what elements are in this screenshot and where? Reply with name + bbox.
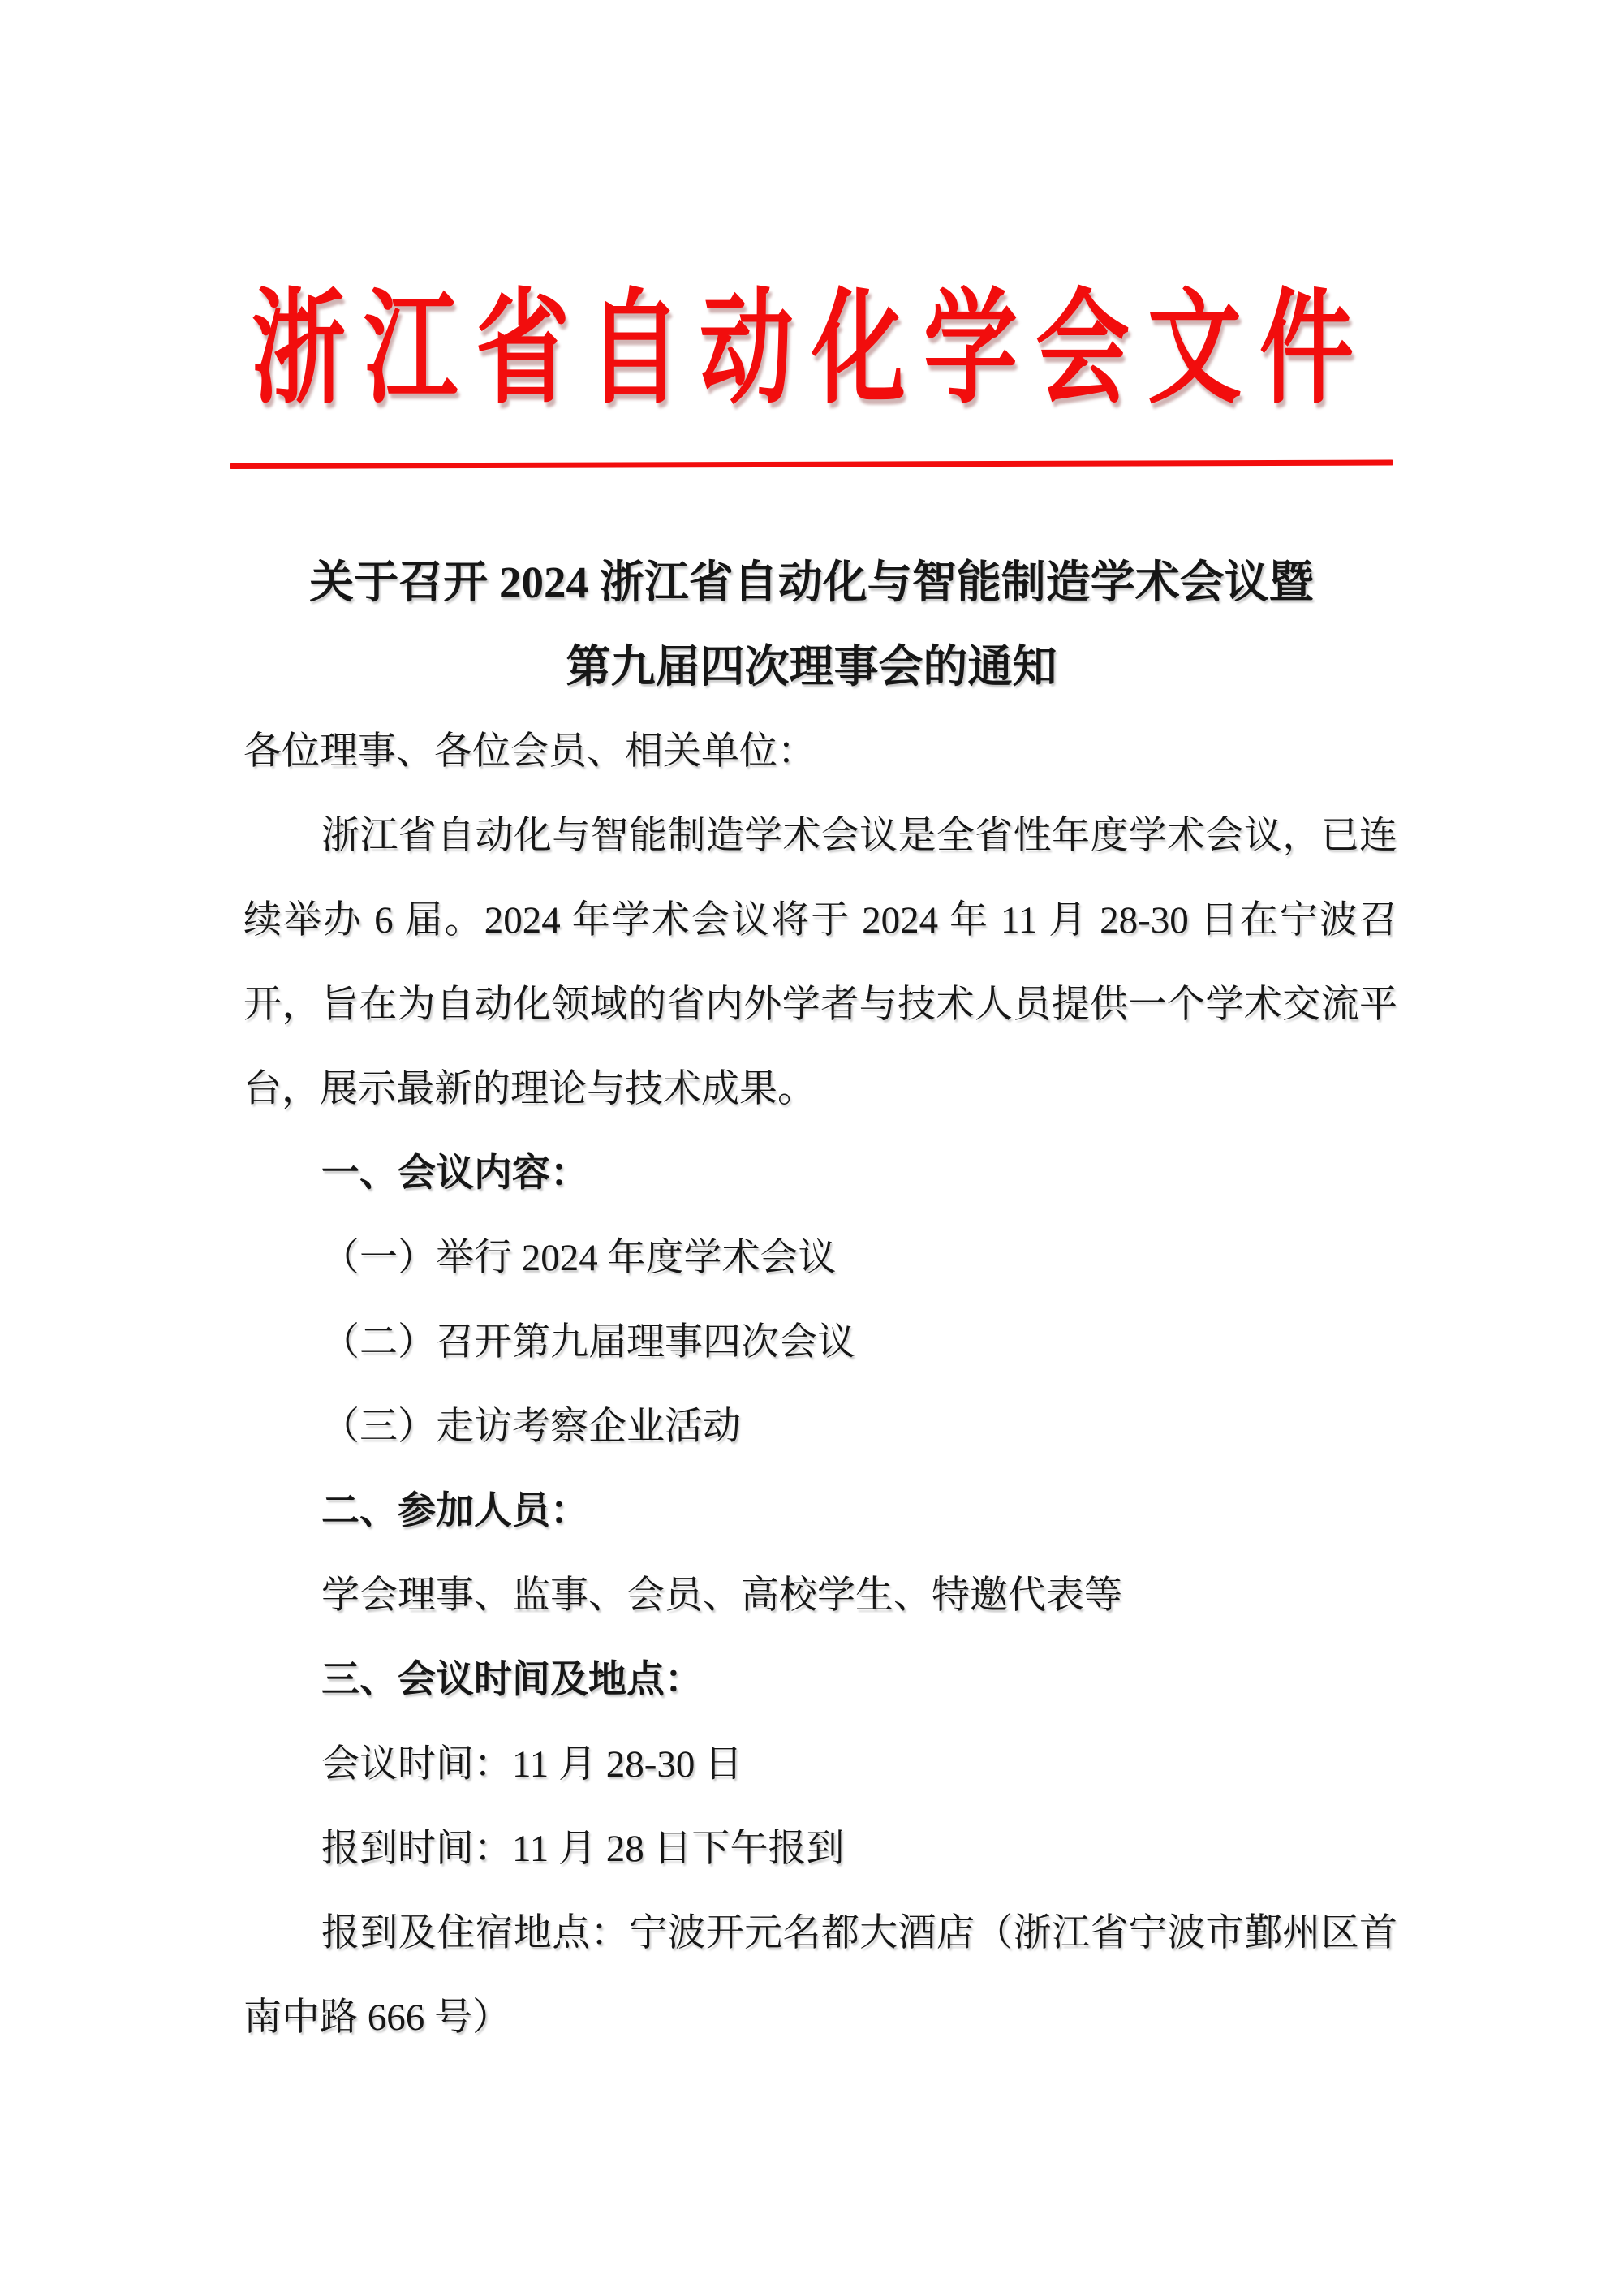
section-1-item-3: （三）走访考察企业活动 (243, 1385, 1397, 1469)
notice-title-line-1: 关于召开 2024 浙江省自动化与智能制造学术会议暨 (0, 541, 1623, 625)
letterhead: 浙江省自动化学会文件 (0, 279, 1623, 422)
meeting-time-line: 会议时间：11 月 28-30 日 (243, 1722, 1397, 1807)
document-page: 浙江省自动化学会文件 关于召开 2024 浙江省自动化与智能制造学术会议暨 第九… (0, 0, 1623, 2296)
section-1-item-1: （一）举行 2024 年度学术会议 (243, 1216, 1397, 1300)
section-2-heading: 二、参加人员： (243, 1469, 1397, 1553)
checkin-time-line: 报到时间：11 月 28 日下午报到 (243, 1807, 1397, 1891)
intro-line-2: 续举办 6 届。2024 年学术会议将于 2024 年 11 月 28-30 日… (243, 878, 1397, 963)
venue-line-continued: 南中路 666 号） (243, 1975, 1397, 2060)
letterhead-title: 浙江省自动化学会文件 (252, 256, 1371, 445)
intro-line-3: 开，旨在为自动化领域的省内外学者与技术人员提供一个学术交流平 (243, 963, 1397, 1047)
section-2-body: 学会理事、监事、会员、高校学生、特邀代表等 (243, 1553, 1397, 1638)
section-3-heading: 三、会议时间及地点： (243, 1638, 1397, 1722)
venue-line: 报到及住宿地点：宁波开元名都大酒店（浙江省宁波市鄞州区首 (243, 1891, 1397, 1975)
section-1-item-2: （二）召开第九届理事四次会议 (243, 1300, 1397, 1385)
section-1-heading: 一、会议内容： (243, 1131, 1397, 1216)
intro-line-4: 台，展示最新的理论与技术成果。 (243, 1047, 1397, 1131)
notice-title-line-2: 第九届四次理事会的通知 (0, 625, 1623, 709)
salutation-line: 各位理事、各位会员、相关单位： (243, 709, 1397, 794)
intro-line-1: 浙江省自动化与智能制造学术会议是全省性年度学术会议，已连 (243, 794, 1397, 878)
letterhead-rule (230, 459, 1393, 469)
